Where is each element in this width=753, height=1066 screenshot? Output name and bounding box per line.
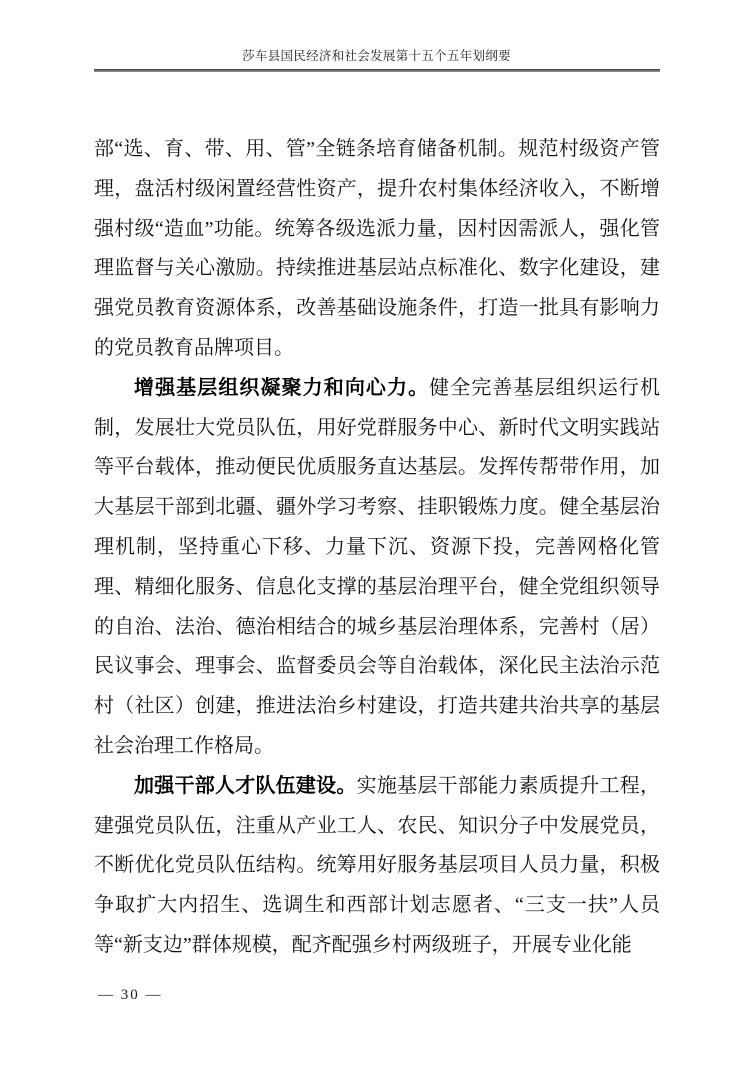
paragraph-text: 部“选、育、带、用、管”全链条培育储备机制。规范村级资产管理，盘活村级闲置经营性… [94,138,660,359]
document-body: 部“选、育、带、用、管”全链条培育储备机制。规范村级资产管理，盘活村级闲置经营性… [94,130,660,966]
paragraph-text: 健全完善基层组织运行机制，发展壮大党员队伍，用好党群服务中心、新时代文明实践站等… [94,377,660,757]
running-header-title: 莎车县国民经济和社会发展第十五个五年划纲要 [0,48,753,64]
document-page: 莎车县国民经济和社会发展第十五个五年划纲要 部“选、育、带、用、管”全链条培育储… [0,0,753,1066]
paragraph-text: 实施基层干部能力素质提升工程，建强党员队伍，注重从产业工人、农民、知识分子中发展… [94,775,660,956]
paragraph: 增强基层组织凝聚力和向心力。健全完善基层组织运行机制，发展壮大党员队伍，用好党群… [94,369,660,767]
header-rule [94,69,660,72]
page-number: — 30 — [98,987,163,1004]
paragraph: 加强干部人才队伍建设。实施基层干部能力素质提升工程，建强党员队伍，注重从产业工人… [94,767,660,966]
paragraph-lead: 加强干部人才队伍建设。 [134,775,357,797]
paragraph-lead: 增强基层组织凝聚力和向心力。 [134,377,429,399]
paragraph: 部“选、育、带、用、管”全链条培育储备机制。规范村级资产管理，盘活村级闲置经营性… [94,130,660,369]
